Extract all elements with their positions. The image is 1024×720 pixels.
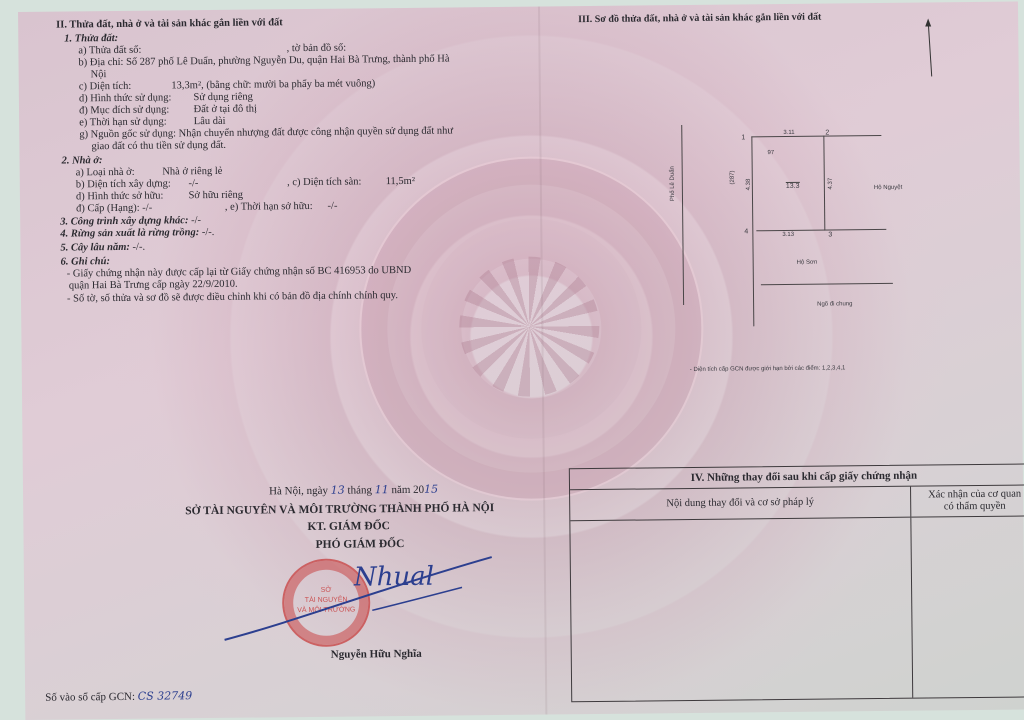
ownership-term-value: -/- (327, 201, 337, 212)
signer-role-1: KT. GIÁM ĐỐC (307, 520, 390, 533)
point-2: 2 (825, 130, 829, 137)
edge-bottom-length: 3.13 (782, 232, 794, 238)
registry-row: Số vào sổ cấp GCN: CS 32749 (45, 690, 192, 704)
issue-year: 15 (424, 483, 438, 496)
street-label: Phố Lê Duẩn (670, 166, 676, 201)
changes-table: IV. Những thay đổi sau khi cấp giấy chứn… (569, 463, 1024, 702)
grade-value: -/- (142, 202, 222, 215)
house-number-label: (287) (730, 170, 736, 184)
changes-content-column: Nội dung thay đổi và cơ sở pháp lý (570, 487, 913, 702)
authority-header-line-2: có thẩm quyền (928, 501, 1021, 514)
parcel-number-value (144, 51, 284, 52)
usage-form-value: Sử dụng riêng (193, 92, 252, 104)
date-prefix: Hà Nội, ngày (269, 485, 328, 498)
signature: Nhual (354, 563, 434, 592)
edge-left-length: 4.38 (746, 179, 752, 191)
note-line-2: quận Hai Bà Trưng cấp ngày 22/9/2010. (69, 279, 238, 293)
section-iii-title: III. Sơ đồ thửa đất, nhà ở và tài sản kh… (578, 12, 821, 27)
ownership-value: Sở hữu riêng (189, 190, 244, 202)
planted-forest-row: 4. Rừng sản xuất là rừng trồng: -/-. (60, 227, 214, 241)
authority-confirmation-header: Xác nhận của cơ quan có thẩm quyền (911, 485, 1024, 517)
neighbor-bottom-label: Hộ Sơn (797, 260, 818, 266)
point-1: 1 (741, 134, 745, 141)
other-construction-value: -/- (191, 215, 201, 226)
edge-right-length: 4.37 (828, 178, 834, 190)
parcel-top-edge (751, 135, 881, 137)
address-label: b) Địa chỉ: (78, 57, 123, 68)
notes-heading: 6. Ghi chú: (61, 256, 110, 269)
registry-label: Số vào sổ cấp GCN: (45, 691, 135, 704)
other-construction-label: 3. Công trình xây dựng khác: (60, 215, 188, 227)
month-label: tháng (347, 484, 372, 496)
perennial-trees-row: 5. Cây lâu năm: -/-. (60, 242, 145, 255)
usage-origin-value-cont: giao đất có thu tiền sử dụng đất. (91, 140, 226, 154)
house-heading: 2. Nhà ở: (62, 155, 103, 168)
built-area-value: -/- (188, 177, 284, 191)
land-certificate-sheet: II. Thửa đất, nhà ở và tài sản khác gắn … (18, 2, 1024, 720)
parcel-number-label: a) Thửa đất số: (78, 45, 141, 57)
signer-name: Nguyễn Hữu Nghĩa (331, 648, 422, 661)
house-type-value: Nhà ở riêng lẻ (162, 166, 222, 178)
usage-term-value: Lâu dài (194, 116, 226, 127)
floor-area-value: 11,5m² (386, 176, 415, 187)
usage-origin-label: g) Nguồn gốc sử dụng: (79, 128, 176, 140)
star-watermark-icon (459, 256, 600, 397)
alley-label: Ngõ đi chung (817, 301, 852, 307)
edge-top-length: 3.11 (783, 130, 794, 136)
parcel-left-edge (751, 136, 754, 326)
parcel-id: 97 (767, 150, 774, 156)
parcel-area: 13.3 (786, 182, 800, 190)
point-3: 3 (828, 231, 832, 238)
authority-header-line-1: Xác nhận của cơ quan (928, 489, 1021, 502)
address-value-cont: Nội (91, 69, 107, 82)
ownership-term-label: , e) Thời hạn sở hữu: (225, 201, 325, 215)
neighbor-right-label: Hộ Nguyệt (874, 185, 902, 191)
point-4: 4 (744, 228, 748, 235)
map-sheet-label: , tờ bản đồ số: (287, 43, 347, 55)
parcel-bottom-edge (756, 229, 886, 231)
perennial-trees-label: 5. Cây lâu năm: (60, 242, 130, 254)
usage-origin-row: g) Nguồn gốc sử dụng: Nhận chuyển nhượng… (79, 125, 453, 141)
note-line-1: - Giấy chứng nhận này được cấp lại từ Gi… (67, 265, 412, 281)
section-ii-title: II. Thửa đất, nhà ở và tài sản khác gắn … (56, 17, 283, 32)
issue-date: Hà Nội, ngày 13 tháng 11 năm 2015 (269, 484, 438, 498)
grade-row: đ) Cấp (Hạng): -/- , e) Thời hạn sở hữu:… (76, 201, 337, 216)
planted-forest-label: 4. Rừng sản xuất là rừng trồng: (60, 227, 199, 239)
issuing-authority: SỞ TÀI NGUYÊN VÀ MÔI TRƯỜNG THÀNH PHỐ HÀ… (185, 502, 494, 518)
area-value: 13,3m², (bằng chữ: mười ba phẩy ba mét v… (171, 78, 375, 91)
street-line (681, 125, 684, 305)
diagram-note: - Diện tích cấp GCN được giới hạn bởi cá… (690, 365, 846, 373)
usage-origin-value: Nhận chuyển nhượng đất được công nhận qu… (179, 125, 454, 139)
grade-label: đ) Cấp (Hạng): (76, 203, 140, 215)
address-row: b) Địa chỉ: Số 287 phố Lê Duẩn, phường N… (78, 53, 449, 69)
parcel-diagram: Phố Lê Duẩn (287) 1 2 3 4 3.11 4.37 4.38… (659, 102, 941, 345)
changes-content-header: Nội dung thay đổi và cơ sở pháp lý (570, 487, 910, 522)
issue-month: 11 (375, 483, 389, 496)
planted-forest-value: -/-. (202, 227, 215, 238)
alley-line (761, 283, 893, 285)
perennial-trees-value: -/-. (132, 242, 145, 253)
authority-confirmation-column: Xác nhận của cơ quan có thẩm quyền (911, 485, 1024, 697)
year-label: năm 20 (391, 484, 424, 496)
parcel-right-edge (823, 136, 825, 231)
note-line-3: - Số tờ, số thửa và sơ đồ sẽ được điều c… (67, 290, 398, 306)
floor-area-label: , c) Diện tích sàn: (287, 176, 383, 190)
issue-day: 13 (331, 484, 345, 497)
usage-purpose-value: Đất ở tại đô thị (194, 104, 257, 116)
built-area-row: b) Diện tích xây dựng: -/- , c) Diện tíc… (76, 176, 415, 192)
north-arrow-icon (924, 18, 937, 78)
registry-number: CS 32749 (138, 689, 193, 703)
address-value: Số 287 phố Lê Duẩn, phường Nguyễn Du, qu… (126, 53, 450, 67)
